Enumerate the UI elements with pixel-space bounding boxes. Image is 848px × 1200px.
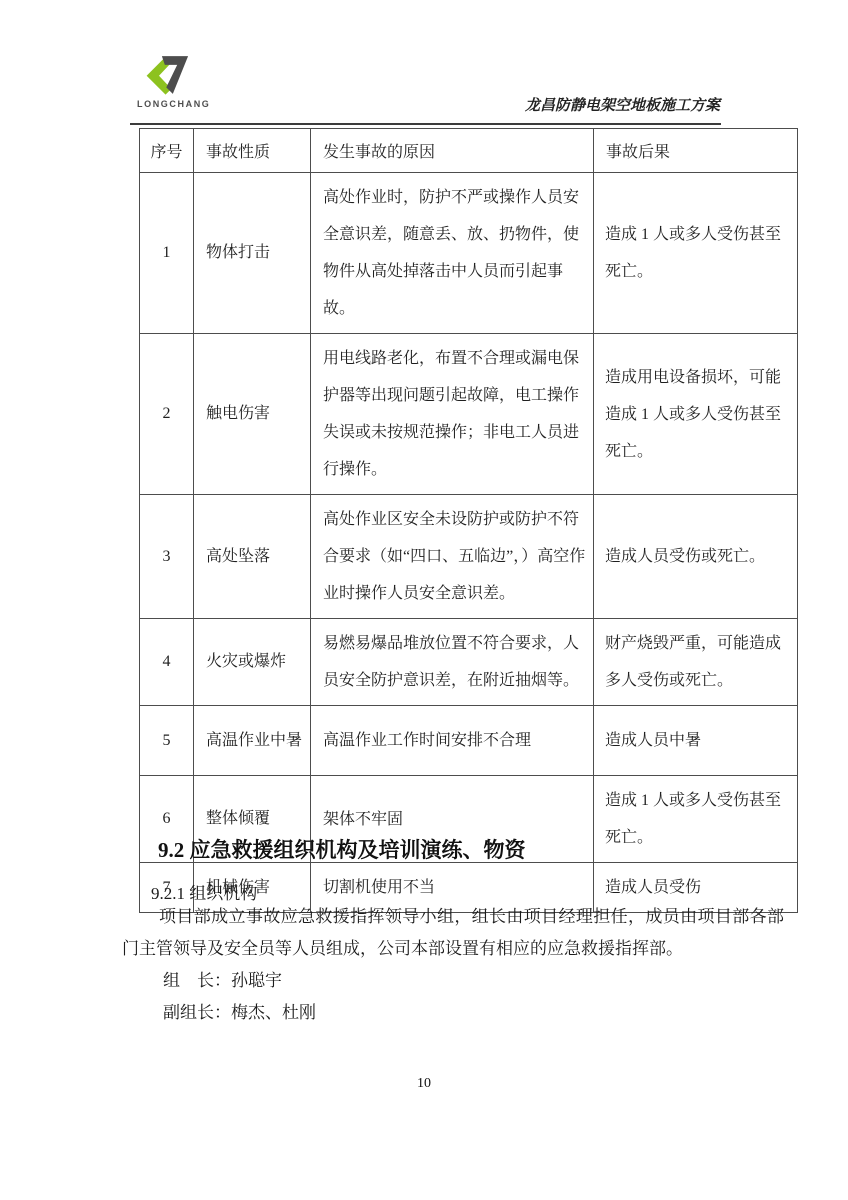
row-cause: 易燃易爆品堆放位置不符合要求，人员安全防护意识差，在附近抽烟等。	[311, 619, 594, 706]
table-row: 1 物体打击 高处作业时，防护不严或操作人员安全意识差，随意丢、放、扔物件，使物…	[140, 173, 798, 334]
table-row: 4 火灾或爆炸 易燃易爆品堆放位置不符合要求，人员安全防护意识差，在附近抽烟等。…	[140, 619, 798, 706]
row-nature: 物体打击	[194, 173, 311, 334]
row-nature: 高处坠落	[194, 495, 311, 619]
company-logo: LONGCHANG	[137, 54, 247, 109]
row-no: 5	[140, 706, 194, 776]
leader-line: 组 长：孙聪宇	[122, 965, 784, 997]
row-consequence: 造成人员中暑	[594, 706, 798, 776]
document-header-title: 龙昌防静电架空地板施工方案	[380, 94, 720, 115]
document-page: { "header": { "brand": "LONGCHANG", "tit…	[0, 0, 848, 1200]
row-cause: 高温作业工作时间安排不合理	[311, 706, 594, 776]
row-consequence: 财产烧毁严重，可能造成多人受伤或死亡。	[594, 619, 798, 706]
row-cause: 高处作业区安全未设防护或防护不符合要求（如“四口、五临边”，）高空作业时操作人员…	[311, 495, 594, 619]
organization-paragraph: 项目部成立事故应急救援指挥领导小组，组长由项目经理担任，成员由项目部各部门主管领…	[122, 901, 784, 965]
row-cause: 用电线路老化，布置不合理或漏电保护器等出现问题引起故障，电工操作失误或未按规范操…	[311, 334, 594, 495]
col-header-nature: 事故性质	[194, 129, 311, 173]
body-text-block: 项目部成立事故应急救援指挥领导小组，组长由项目经理担任，成员由项目部各部门主管领…	[122, 901, 784, 1029]
table-header-row: 序号 事故性质 发生事故的原因 事故后果	[140, 129, 798, 173]
row-consequence: 造成用电设备损坏，可能造成 1 人或多人受伤甚至死亡。	[594, 334, 798, 495]
row-nature: 火灾或爆炸	[194, 619, 311, 706]
row-no: 2	[140, 334, 194, 495]
header-rule	[130, 123, 721, 125]
row-consequence: 造成人员受伤或死亡。	[594, 495, 798, 619]
row-consequence: 造成 1 人或多人受伤甚至死亡。	[594, 173, 798, 334]
row-no: 4	[140, 619, 194, 706]
col-header-consequence: 事故后果	[594, 129, 798, 173]
row-nature: 触电伤害	[194, 334, 311, 495]
accident-risk-table: 序号 事故性质 发生事故的原因 事故后果 1 物体打击 高处作业时，防护不严或操…	[139, 128, 798, 913]
page-number: 10	[0, 1076, 848, 1092]
section-heading-9-2: 9.2 应急救援组织机构及培训演练、物资	[158, 834, 526, 864]
row-no: 3	[140, 495, 194, 619]
deputy-leader-line: 副组长：梅杰、杜刚	[122, 997, 784, 1029]
row-consequence: 造成 1 人或多人受伤甚至死亡。	[594, 776, 798, 863]
row-nature: 高温作业中暑	[194, 706, 311, 776]
table-row: 2 触电伤害 用电线路老化，布置不合理或漏电保护器等出现问题引起故障，电工操作失…	[140, 334, 798, 495]
table-row: 5 高温作业中暑 高温作业工作时间安排不合理 造成人员中暑	[140, 706, 798, 776]
row-cause: 高处作业时，防护不严或操作人员安全意识差，随意丢、放、扔物件，使物件从高处掉落击…	[311, 173, 594, 334]
col-header-no: 序号	[140, 129, 194, 173]
longchang-logo-icon	[143, 54, 191, 96]
table-row: 3 高处坠落 高处作业区安全未设防护或防护不符合要求（如“四口、五临边”，）高空…	[140, 495, 798, 619]
col-header-cause: 发生事故的原因	[311, 129, 594, 173]
brand-name: LONGCHANG	[137, 99, 247, 109]
row-no: 1	[140, 173, 194, 334]
